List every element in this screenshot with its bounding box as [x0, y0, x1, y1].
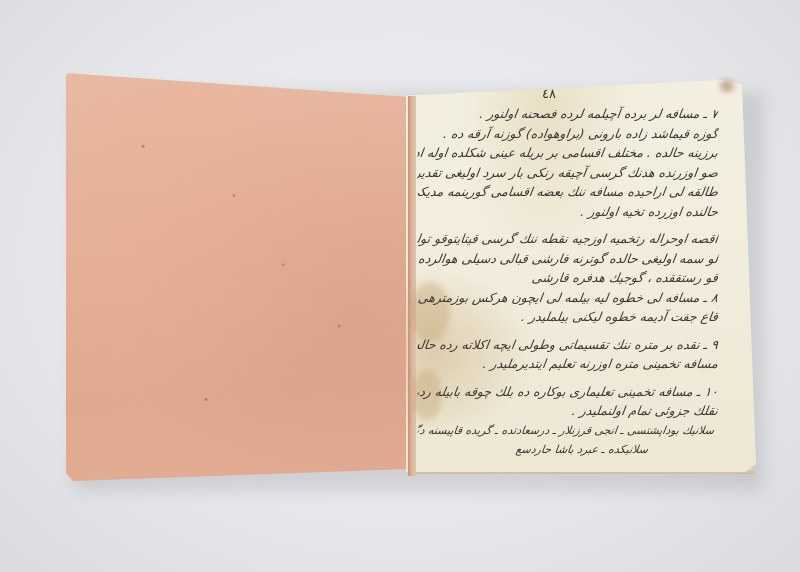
- text-line: قاع جفت آدیمه خطوه لیکنی بیلملیدر .: [417, 307, 720, 327]
- text-line: لو سمه اولیغی حالده گوترنه فارشی قبالی د…: [417, 249, 720, 269]
- text-line: صو اوزرنده هدنك گرسی آچیقه رنکی بار سرد …: [417, 163, 720, 183]
- text-line: گوزه قیماشد زاده بارونی (براوهواده) گوزن…: [417, 124, 720, 144]
- signature-line: سلانیك بوداپشتسی ـ انجی قرزنلار ـ درسعاد…: [417, 421, 720, 441]
- text-line: اقصه اوحراله رتخمیه اوزجیه نقطه ننك گرسی…: [417, 229, 720, 249]
- text-line: مسافه تخمینی متره اوزرنه تعلیم ایتدیرملی…: [417, 354, 720, 374]
- signature-line: سلانیكده ـ عبرد باشا حاردسع: [417, 440, 720, 460]
- text-line: برزینه حالده . مختلف اقسامی بر بریله عین…: [417, 143, 720, 163]
- text-line: نقلك جزوئی تمام اولنملیدر .: [417, 401, 720, 421]
- notebook-cover-left: [66, 73, 416, 481]
- text-line: حالنده اوزرده تخیه اولنور .: [417, 202, 720, 222]
- text-line: ١٠ ـ مسافه تخمینی تعلیماری بوکاره ده بلك…: [417, 382, 720, 402]
- page-number: ٤٨: [542, 87, 556, 102]
- text-line: طالقه لی اراحیده مسافه ننك بعضه اقسامی گ…: [417, 182, 720, 202]
- text-line: ٨ ـ مسافه لی خطوه لیه بیلمه لی ایچون هرک…: [417, 288, 720, 308]
- text-line: ٩ ـ نقده بر متره ننك تقسیماتی وطولی ایچه…: [417, 335, 720, 355]
- corner-stain: [720, 80, 734, 92]
- handwritten-text: ٧ ـ مسافه لر برده آچیلمه لرده فصحنه اولن…: [418, 104, 718, 460]
- text-line: ٧ ـ مسافه لر برده آچیلمه لرده فصحنه اولن…: [417, 104, 720, 124]
- text-line: قو رستققده ، گوجیك هدفره قارشی: [417, 268, 720, 288]
- notebook-spine: [408, 96, 416, 476]
